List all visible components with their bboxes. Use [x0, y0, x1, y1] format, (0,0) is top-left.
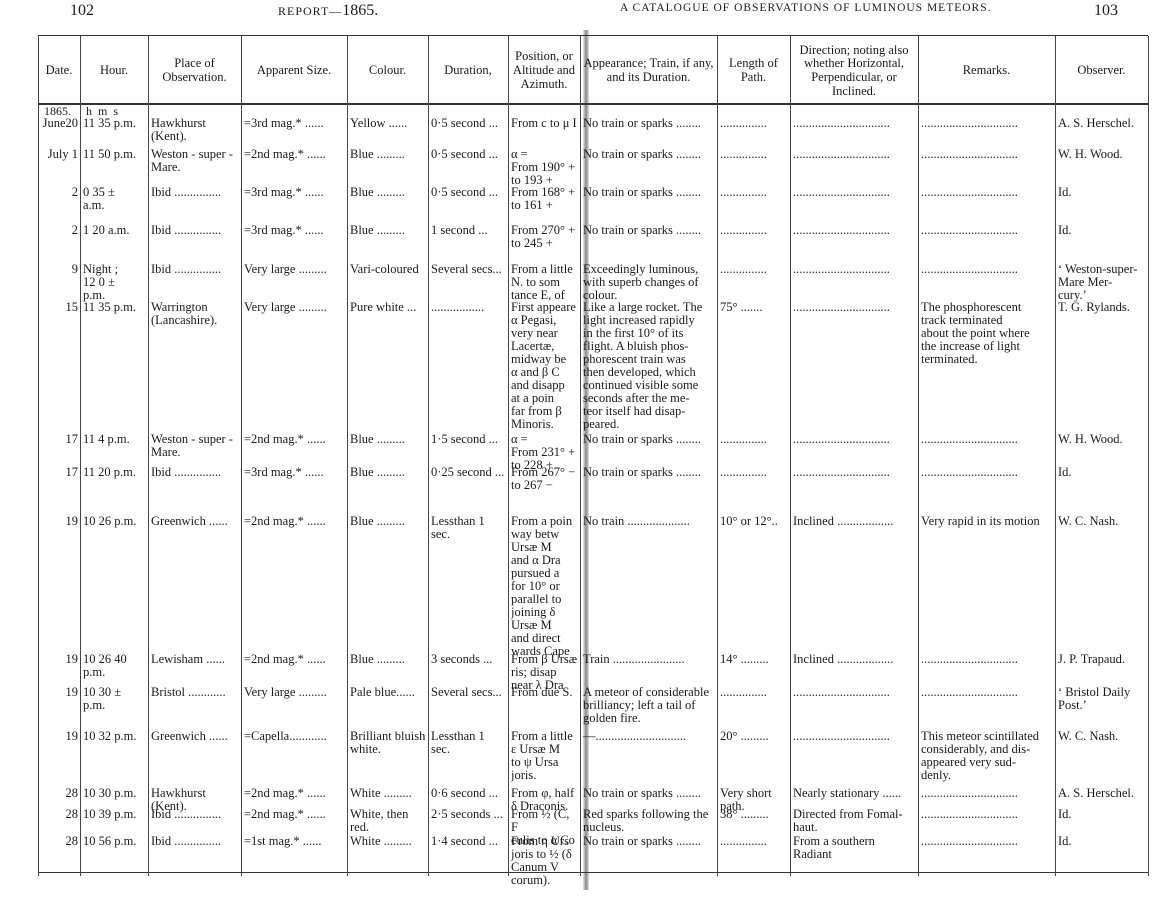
- cell-appearance: A meteor of considerable brilliancy; lef…: [583, 686, 715, 725]
- cell-duration: 0·5 second ...: [431, 148, 506, 161]
- cell-remarks: ...............................: [921, 148, 1053, 161]
- cell-date: 19: [41, 515, 78, 528]
- cell-date: 15: [41, 301, 78, 314]
- cell-size: Very large .........: [244, 263, 345, 276]
- cell-direction: ...............................: [793, 433, 916, 446]
- table-top-rule: [38, 35, 1148, 36]
- cell-hour: 11 50 p.m.: [83, 148, 146, 161]
- cell-date: 28: [41, 808, 78, 821]
- cell-colour: Blue .........: [350, 148, 426, 161]
- cell-length: 75° .......: [720, 301, 788, 314]
- cell-observer: W. C. Nash.: [1058, 515, 1146, 528]
- cell-position: From 267° − to 267 −: [511, 466, 578, 492]
- cell-date: 19: [41, 730, 78, 743]
- cell-observer: W. H. Wood.: [1058, 433, 1146, 446]
- cell-hour: 10 26 p.m.: [83, 515, 146, 528]
- cell-size: =3rd mag.* ......: [244, 466, 345, 479]
- cell-remarks: ...............................: [921, 686, 1053, 699]
- cell-length: 20° .........: [720, 730, 788, 743]
- cell-appearance: No train or sparks ........: [583, 787, 715, 800]
- cell-hour: 11 20 p.m.: [83, 466, 146, 479]
- column-divider: [428, 36, 429, 876]
- cell-colour: Blue .........: [350, 515, 426, 528]
- column-divider: [1148, 36, 1149, 876]
- cell-remarks: ...............................: [921, 787, 1053, 800]
- column-header-appearance: Appearance; Train, if any, and its Durat…: [582, 40, 715, 102]
- cell-place: Weston - super - Mare.: [151, 148, 239, 174]
- right-running-head: A CATALOGUE OF OBSERVATIONS OF LUMINOUS …: [620, 2, 992, 14]
- cell-date: July 1: [41, 148, 78, 161]
- cell-length: ...............: [720, 224, 788, 237]
- cell-position: First appeare α Pegasi, very near Lacert…: [511, 301, 578, 431]
- cell-length: 10° or 12°..: [720, 515, 788, 528]
- cell-direction: ...............................: [793, 301, 916, 314]
- cell-length: ...............: [720, 433, 788, 446]
- cell-place: Ibid ...............: [151, 186, 239, 199]
- cell-length: ...............: [720, 148, 788, 161]
- cell-size: =2nd mag.* ......: [244, 653, 345, 666]
- cell-colour: White, then red.: [350, 808, 426, 834]
- cell-date: 19: [41, 686, 78, 699]
- cell-appearance: No train or sparks ........: [583, 466, 715, 479]
- cell-observer: J. P. Trapaud.: [1058, 653, 1146, 666]
- column-divider: [508, 36, 509, 876]
- column-divider: [38, 36, 39, 876]
- cell-direction: ...............................: [793, 186, 916, 199]
- cell-duration: 0·6 second ...: [431, 787, 506, 800]
- cell-hour: 10 56 p.m.: [83, 835, 146, 848]
- cell-length: ...............: [720, 263, 788, 276]
- cell-direction: ...............................: [793, 730, 916, 743]
- cell-direction: Directed from Fomal- haut.: [793, 808, 916, 834]
- column-header-position: Position, or Altitude and Azimuth.: [510, 40, 578, 102]
- cell-hour: 10 26 40 p.m.: [83, 653, 146, 679]
- cell-direction: ...............................: [793, 686, 916, 699]
- cell-duration: Lessthan 1 sec.: [431, 515, 506, 541]
- column-header-remarks: Remarks.: [920, 40, 1053, 102]
- cell-position: From a little N. to som tance E, of: [511, 263, 578, 302]
- column-divider: [790, 36, 791, 876]
- cell-colour: Pure white ...: [350, 301, 426, 314]
- cell-place: Ibid ...............: [151, 263, 239, 276]
- cell-observer: T. G. Rylands.: [1058, 301, 1146, 314]
- cell-position: From due S.: [511, 686, 578, 699]
- cell-direction: ...............................: [793, 466, 916, 479]
- cell-duration: 1·5 second ...: [431, 433, 506, 446]
- column-divider: [80, 36, 81, 876]
- cell-duration: 0·5 second ...: [431, 186, 506, 199]
- cell-hour: 10 39 p.m.: [83, 808, 146, 821]
- cell-size: =2nd mag.* ......: [244, 808, 345, 821]
- cell-remarks: The phosphorescent track terminated abou…: [921, 301, 1053, 366]
- cell-colour: Vari-coloured: [350, 263, 426, 276]
- column-header-length: Length of Path.: [719, 40, 788, 102]
- cell-date: 9: [41, 263, 78, 276]
- cell-hour: Night ; 12 0 ± p.m.: [83, 263, 146, 302]
- cell-position: From 270° + to 245 +: [511, 224, 578, 250]
- column-header-colour: Colour.: [349, 40, 426, 102]
- cell-duration: 2·5 seconds ...: [431, 808, 506, 821]
- cell-length: 38° .........: [720, 808, 788, 821]
- cell-date: 2: [41, 224, 78, 237]
- cell-size: =2nd mag.* ......: [244, 787, 345, 800]
- column-header-duration: Duration,: [430, 40, 506, 102]
- cell-appearance: Exceedingly luminous, with superb change…: [583, 263, 715, 302]
- cell-duration: 0·5 second ...: [431, 117, 506, 130]
- cell-place: Greenwich ......: [151, 515, 239, 528]
- column-divider: [717, 36, 718, 876]
- cell-position: From a poin way betw Ursæ M and α Dra pu…: [511, 515, 578, 658]
- cell-observer: W. H. Wood.: [1058, 148, 1146, 161]
- header-bottom-rule: [38, 103, 1148, 105]
- running-head-year: 1865.: [342, 2, 378, 19]
- cell-remarks: ...............................: [921, 186, 1053, 199]
- cell-colour: Yellow ......: [350, 117, 426, 130]
- cell-place: Hawkhurst (Kent).: [151, 117, 239, 143]
- cell-direction: Nearly stationary ......: [793, 787, 916, 800]
- column-divider: [148, 36, 149, 876]
- cell-place: Ibid ...............: [151, 466, 239, 479]
- cell-place: Greenwich ......: [151, 730, 239, 743]
- cell-colour: Blue .........: [350, 433, 426, 446]
- cell-observer: A. S. Herschel.: [1058, 787, 1146, 800]
- cell-remarks: ...............................: [921, 433, 1053, 446]
- cell-size: =2nd mag.* ......: [244, 148, 345, 161]
- cell-place: Lewisham ......: [151, 653, 239, 666]
- cell-length: 14° .........: [720, 653, 788, 666]
- cell-direction: ...............................: [793, 148, 916, 161]
- cell-length: ...............: [720, 186, 788, 199]
- cell-duration: 0·25 second ...: [431, 466, 506, 479]
- cell-direction: Inclined ..................: [793, 653, 916, 666]
- cell-size: Very large .........: [244, 686, 345, 699]
- column-header-observer: Observer.: [1057, 40, 1146, 102]
- cell-colour: Pale blue......: [350, 686, 426, 699]
- cell-appearance: No train or sparks ........: [583, 835, 715, 848]
- cell-colour: White .........: [350, 787, 426, 800]
- cell-remarks: This meteor scintillated considerably, a…: [921, 730, 1053, 782]
- left-page-number: 102: [70, 2, 94, 20]
- cell-position: α = From 190° + to 193 +: [511, 148, 578, 187]
- cell-direction: ...............................: [793, 263, 916, 276]
- cell-remarks: ...............................: [921, 466, 1053, 479]
- right-page-number: 103: [1094, 2, 1118, 20]
- cell-size: =1st mag.* ......: [244, 835, 345, 848]
- cell-hour: 10 30 ± p.m.: [83, 686, 146, 712]
- cell-hour: 11 35 p.m.: [83, 117, 146, 130]
- cell-appearance: Train .......................: [583, 653, 715, 666]
- column-divider: [347, 36, 348, 876]
- cell-length: ...............: [720, 466, 788, 479]
- cell-colour: Brilliant bluish white.: [350, 730, 426, 756]
- cell-remarks: ...............................: [921, 653, 1053, 666]
- cell-remarks: Very rapid in its motion: [921, 515, 1053, 528]
- cell-date: 2: [41, 186, 78, 199]
- cell-hour: 11 35 p.m.: [83, 301, 146, 314]
- cell-duration: .................: [431, 301, 506, 314]
- cell-remarks: ...............................: [921, 117, 1053, 130]
- table-bottom-rule: [38, 872, 1148, 873]
- cell-duration: 1·4 second ...: [431, 835, 506, 848]
- cell-size: =3rd mag.* ......: [244, 186, 345, 199]
- cell-observer: W. C. Nash.: [1058, 730, 1146, 743]
- cell-colour: Blue .........: [350, 224, 426, 237]
- cell-direction: ...............................: [793, 224, 916, 237]
- cell-appearance: No train ....................: [583, 515, 715, 528]
- cell-appearance: No train or sparks ........: [583, 224, 715, 237]
- cell-direction: Inclined ..................: [793, 515, 916, 528]
- column-header-date: Date.: [40, 40, 78, 102]
- cell-place: Warrington (Lancashire).: [151, 301, 239, 327]
- cell-position: From c to μ I: [511, 117, 578, 130]
- cell-length: ...............: [720, 117, 788, 130]
- cell-length: ...............: [720, 835, 788, 848]
- column-header-place: Place of Observation.: [150, 40, 239, 102]
- running-head-text: REPORT—: [278, 4, 342, 18]
- cell-size: =2nd mag.* ......: [244, 433, 345, 446]
- cell-appearance: No train or sparks ........: [583, 186, 715, 199]
- cell-remarks: ...............................: [921, 808, 1053, 821]
- cell-remarks: ...............................: [921, 835, 1053, 848]
- cell-direction: From a southern Radiant: [793, 835, 916, 861]
- cell-place: Weston - super - Mare.: [151, 433, 239, 459]
- cell-duration: 3 seconds ...: [431, 653, 506, 666]
- cell-position: From η Urs joris to ½ (δ Canum V corum).: [511, 835, 578, 887]
- cell-position: From 168° + to 161 +: [511, 186, 578, 212]
- column-header-size: Apparent Size.: [243, 40, 345, 102]
- cell-observer: Id.: [1058, 835, 1146, 848]
- cell-size: =3rd mag.* ......: [244, 117, 345, 130]
- cell-colour: Blue .........: [350, 186, 426, 199]
- cell-observer: Id.: [1058, 224, 1146, 237]
- cell-size: =Capella............: [244, 730, 345, 743]
- cell-appearance: Like a large rocket. The light increased…: [583, 301, 715, 431]
- cell-direction: ...............................: [793, 117, 916, 130]
- cell-duration: Several secs...: [431, 686, 506, 699]
- column-header-direction: Direction; noting also whether Horizonta…: [792, 40, 916, 102]
- cell-colour: Blue .........: [350, 466, 426, 479]
- cell-observer: Id.: [1058, 186, 1146, 199]
- cell-date: 17: [41, 433, 78, 446]
- cell-observer: Id.: [1058, 466, 1146, 479]
- cell-place: Ibid ...............: [151, 808, 239, 821]
- cell-observer: ‘ Weston-super- Mare Mer- cury.’: [1058, 263, 1146, 302]
- cell-remarks: ...............................: [921, 263, 1053, 276]
- column-divider: [1055, 36, 1056, 876]
- cell-size: =2nd mag.* ......: [244, 515, 345, 528]
- cell-appearance: No train or sparks ........: [583, 148, 715, 161]
- cell-remarks: ...............................: [921, 224, 1053, 237]
- cell-place: Bristol ............: [151, 686, 239, 699]
- cell-hour: 1 20 a.m.: [83, 224, 146, 237]
- cell-place: Ibid ...............: [151, 224, 239, 237]
- cell-hour: 10 32 p.m.: [83, 730, 146, 743]
- cell-size: Very large .........: [244, 301, 345, 314]
- cell-duration: Lessthan 1 sec.: [431, 730, 506, 756]
- cell-appearance: No train or sparks ........: [583, 433, 715, 446]
- column-header-hour: Hour.: [82, 40, 146, 102]
- cell-date: 28: [41, 835, 78, 848]
- cell-position: From a little ε Ursæ M to ψ Ursa joris.: [511, 730, 578, 782]
- column-divider: [580, 36, 581, 876]
- left-running-head: REPORT—1865.: [278, 2, 378, 20]
- cell-colour: Blue .........: [350, 653, 426, 666]
- cell-hour: 11 4 p.m.: [83, 433, 146, 446]
- cell-appearance: No train or sparks ........: [583, 117, 715, 130]
- cell-appearance: —.............................: [583, 730, 715, 743]
- cell-date: 19: [41, 653, 78, 666]
- cell-hour: 10 30 p.m.: [83, 787, 146, 800]
- cell-observer: ‘ Bristol Daily Post.’: [1058, 686, 1146, 712]
- cell-duration: Several secs...: [431, 263, 506, 276]
- cell-observer: A. S. Herschel.: [1058, 117, 1146, 130]
- column-divider: [241, 36, 242, 876]
- cell-colour: White .........: [350, 835, 426, 848]
- cell-size: =3rd mag.* ......: [244, 224, 345, 237]
- cell-appearance: Red sparks following the nucleus.: [583, 808, 715, 834]
- cell-date: 28: [41, 787, 78, 800]
- cell-duration: 1 second ...: [431, 224, 506, 237]
- cell-observer: Id.: [1058, 808, 1146, 821]
- cell-place: Ibid ...............: [151, 835, 239, 848]
- cell-length: ...............: [720, 686, 788, 699]
- column-divider: [918, 36, 919, 876]
- cell-date: 17: [41, 466, 78, 479]
- cell-date: June20: [41, 117, 78, 130]
- cell-hour: 0 35 ± a.m.: [83, 186, 146, 212]
